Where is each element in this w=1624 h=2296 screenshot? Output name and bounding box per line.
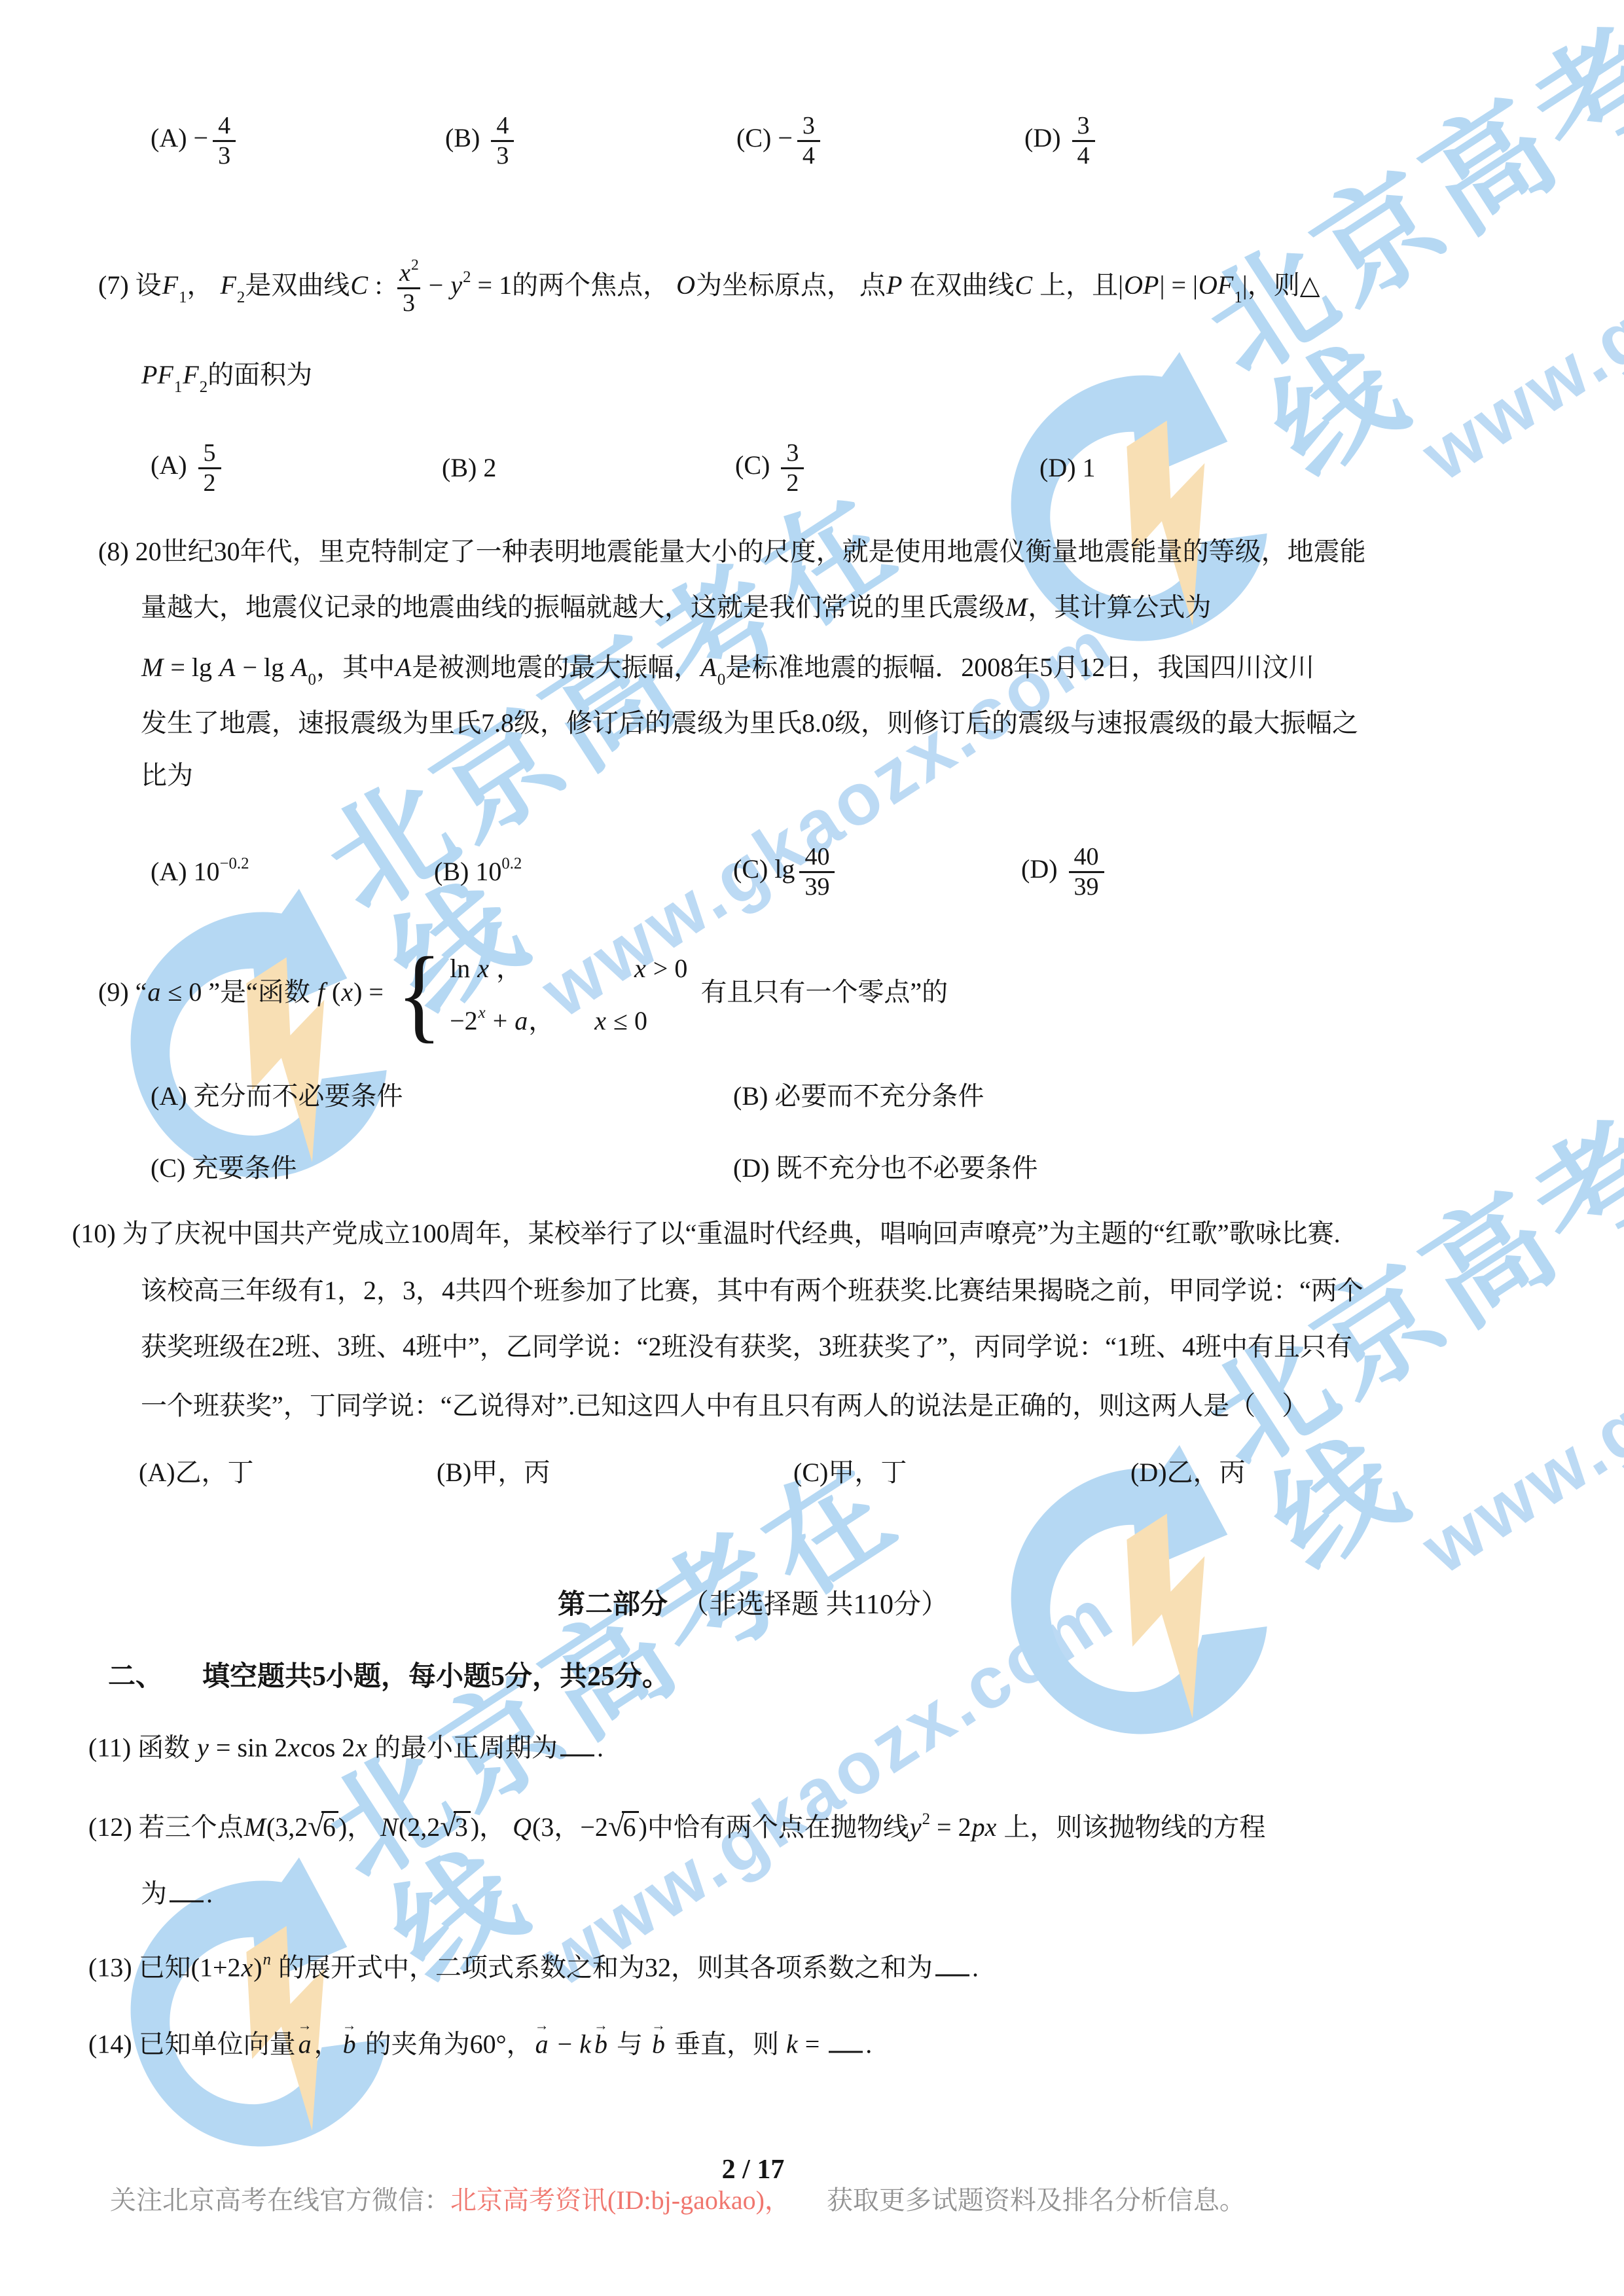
q6-option-c: (C) −34 xyxy=(736,112,825,170)
section2-header: 第二部分 （非选择题 共110分） xyxy=(0,1588,1506,1623)
q14-line1: (14) 已知单位向量→a，→b 的夹角为60°，→a − k→b 与 →b 垂… xyxy=(88,2024,872,2061)
q7-option-b: (B) 2 xyxy=(442,452,496,484)
q8-line3: M = lg A − lg A0，其中A是被测地震的最大振幅，A0是标准地震的振… xyxy=(141,651,1314,684)
q6-option-d: (D) 34 xyxy=(1024,112,1100,170)
q6-option-b: (B) 43 xyxy=(445,112,518,170)
section2-subheader: 二、填空题共5小题，每小题5分，共25分。 xyxy=(108,1660,670,1695)
q8-line4: 发生了地震，速报震级为里氏7.8级，修订后的震级为里氏8.0级，则修订后的震级与… xyxy=(141,707,1358,740)
q8-line1: (8) 20世纪30年代，里克特制定了一种表明地震能量大小的尺度，就是使用地震仪… xyxy=(98,535,1366,568)
q7-option-c: (C) 32 xyxy=(735,439,808,497)
watermark-stamp-4: 北京高考在线www.gkaozx.com xyxy=(933,963,1624,1812)
q8-option-c: (C) lg4039 xyxy=(733,843,839,901)
q10-option-c: (C)甲，丁 xyxy=(793,1456,907,1489)
q9-option-d: (D) 既不充分也不必要条件 xyxy=(733,1152,1038,1185)
q10-line3: 获奖班级在2班、3班、4班中”，乙同学说：“2班没有获奖，3班获奖了”，丙同学说… xyxy=(141,1331,1352,1363)
q12-line1: (12) 若三个点M(3,2√6)， N(2,2√3)， Q(3，−2√6)中恰… xyxy=(88,1811,1265,1844)
watermark-brand-text: 北京高考在线 xyxy=(1187,0,1624,495)
page-number: 2 / 17 xyxy=(0,2153,1506,2187)
q7-line1: (7) 设F1， F2是双曲线C : x23− y2 = 1的两个焦点， O为坐… xyxy=(98,259,1320,317)
gkaozx-logo-icon xyxy=(941,317,1330,706)
watermark-url-text: www.gkaozx.com xyxy=(530,1575,1127,1998)
q8-line5: 比为 xyxy=(141,759,193,792)
watermark-url-text: www.gkaozx.com xyxy=(1411,1163,1624,1586)
q8-option-d: (D) 4039 xyxy=(1021,843,1109,901)
q7-line2: PF1F2的面积为 xyxy=(141,359,312,391)
watermark-stamp-3: 北京高考在线www.gkaozx.com xyxy=(52,1376,1127,2224)
q9-line1: (9) “a ≤ 0 ”是“函数 f (x) = {ln x ，x > 0−2x… xyxy=(98,952,948,1037)
q10-line2: 该校高三年级有1，2，3，4共四个班参加了比赛，其中有两个班获奖.比赛结果揭晓之… xyxy=(141,1274,1363,1307)
q9-option-c: (C) 充要条件 xyxy=(151,1152,297,1185)
watermark-stamp-2: 北京高考在线www.gkaozx.com xyxy=(52,407,1127,1255)
q10-option-d: (D)乙，丙 xyxy=(1130,1456,1246,1489)
q8-option-a: (A) 10−0.2 xyxy=(151,855,249,888)
q6-option-a: (A) −43 xyxy=(151,112,240,170)
q7-option-d: (D) 1 xyxy=(1039,452,1096,484)
q11-line1: (11) 函数 y = sin 2xcos 2x 的最小正周期为. xyxy=(88,1727,604,1765)
q10-option-b: (B)甲，丙 xyxy=(437,1456,550,1489)
q9-option-a: (A) 充分而不必要条件 xyxy=(151,1080,403,1113)
q10-line1: (10) 为了庆祝中国共产党成立100周年，某校举行了以“重温时代经典，唱响回声… xyxy=(72,1217,1341,1250)
q9-option-b: (B) 必要而不充分条件 xyxy=(733,1080,984,1113)
watermark-url-text: www.gkaozx.com xyxy=(1411,70,1624,493)
exam-page-document: { "page": {"width": 2481, "height": 3508… xyxy=(0,0,1624,2296)
q13-line1: (13) 已知(1+2x)n 的展开式中，二项式系数之和为32，则其各项系数之和… xyxy=(88,1947,979,1984)
q8-line2: 量越大，地震仪记录的地震曲线的振幅就越大，这就是我们常说的里氏震级M，其计算公式… xyxy=(141,591,1211,624)
q7-option-a: (A) 52 xyxy=(151,439,226,497)
q8-option-b: (B) 100.2 xyxy=(434,855,522,888)
q12-line2: 为. xyxy=(141,1873,213,1910)
footer-note: 关注北京高考在线官方微信：北京高考资讯(ID:bj-gaokao)，获取更多试题… xyxy=(110,2184,1246,2217)
q10-line4: 一个班获奖”，丁同学说：“乙说得对”.已知这四人中有且只有两人的说法是正确的，则… xyxy=(141,1390,1308,1422)
q10-option-a: (A)乙，丁 xyxy=(139,1456,254,1489)
